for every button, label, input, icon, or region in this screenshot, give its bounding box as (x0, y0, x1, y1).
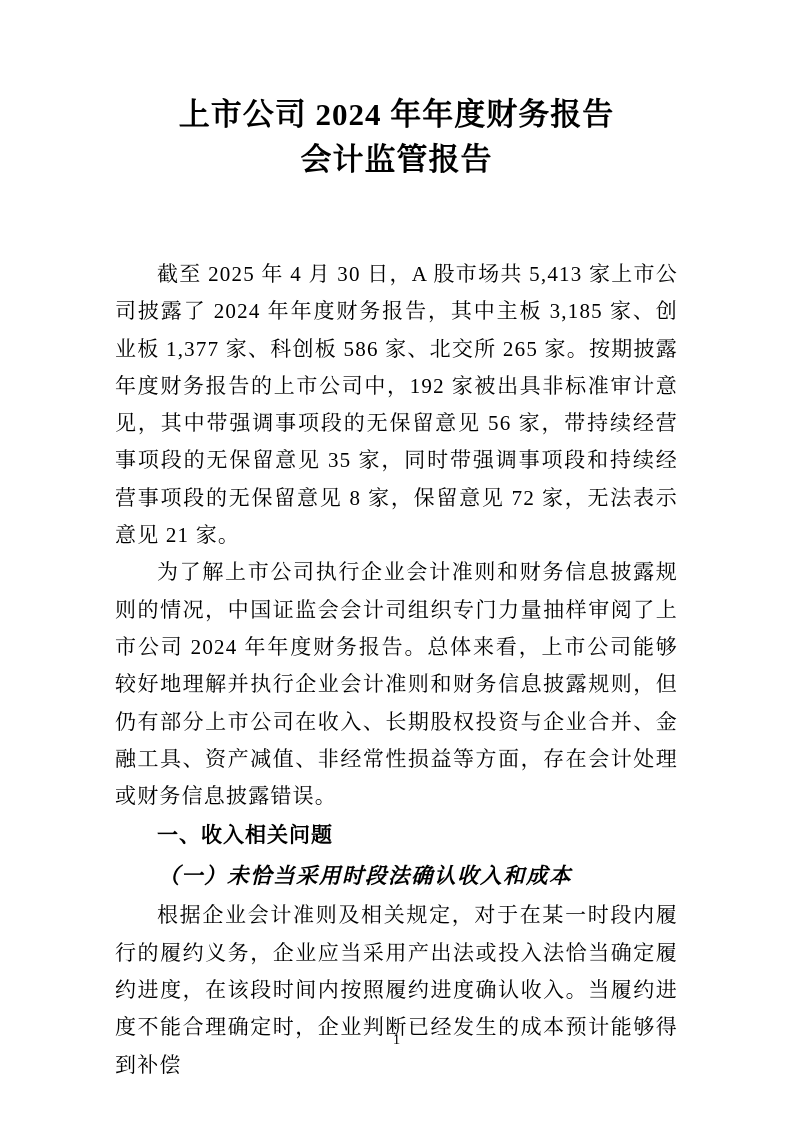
document-title: 上市公司 2024 年年度财务报告 会计监管报告 (115, 92, 678, 182)
intro-paragraph-1: 截至 2025 年 4 月 30 日，A 股市场共 5,413 家上市公司披露了… (115, 256, 678, 554)
section-heading-revenue-issues: 一、收入相关问题 (115, 815, 678, 856)
section1-paragraph: 根据企业会计准则及相关规定，对于在某一时段内履行的履约义务，企业应当采用产出法或… (115, 897, 678, 1083)
page-number: 1 (0, 1032, 793, 1049)
document-content: 上市公司 2024 年年度财务报告 会计监管报告 截至 2025 年 4 月 3… (115, 0, 678, 1084)
subsection-heading-period-method: （一）未恰当采用时段法确认收入和成本 (115, 856, 678, 897)
document-title-line-1: 上市公司 2024 年年度财务报告 (115, 92, 678, 137)
document-title-line-2: 会计监管报告 (115, 137, 678, 182)
document-page: 上市公司 2024 年年度财务报告 会计监管报告 截至 2025 年 4 月 3… (0, 0, 793, 1122)
intro-paragraph-2: 为了解上市公司执行企业会计准则和财务信息披露规则的情况，中国证监会会计司组织专门… (115, 554, 678, 815)
